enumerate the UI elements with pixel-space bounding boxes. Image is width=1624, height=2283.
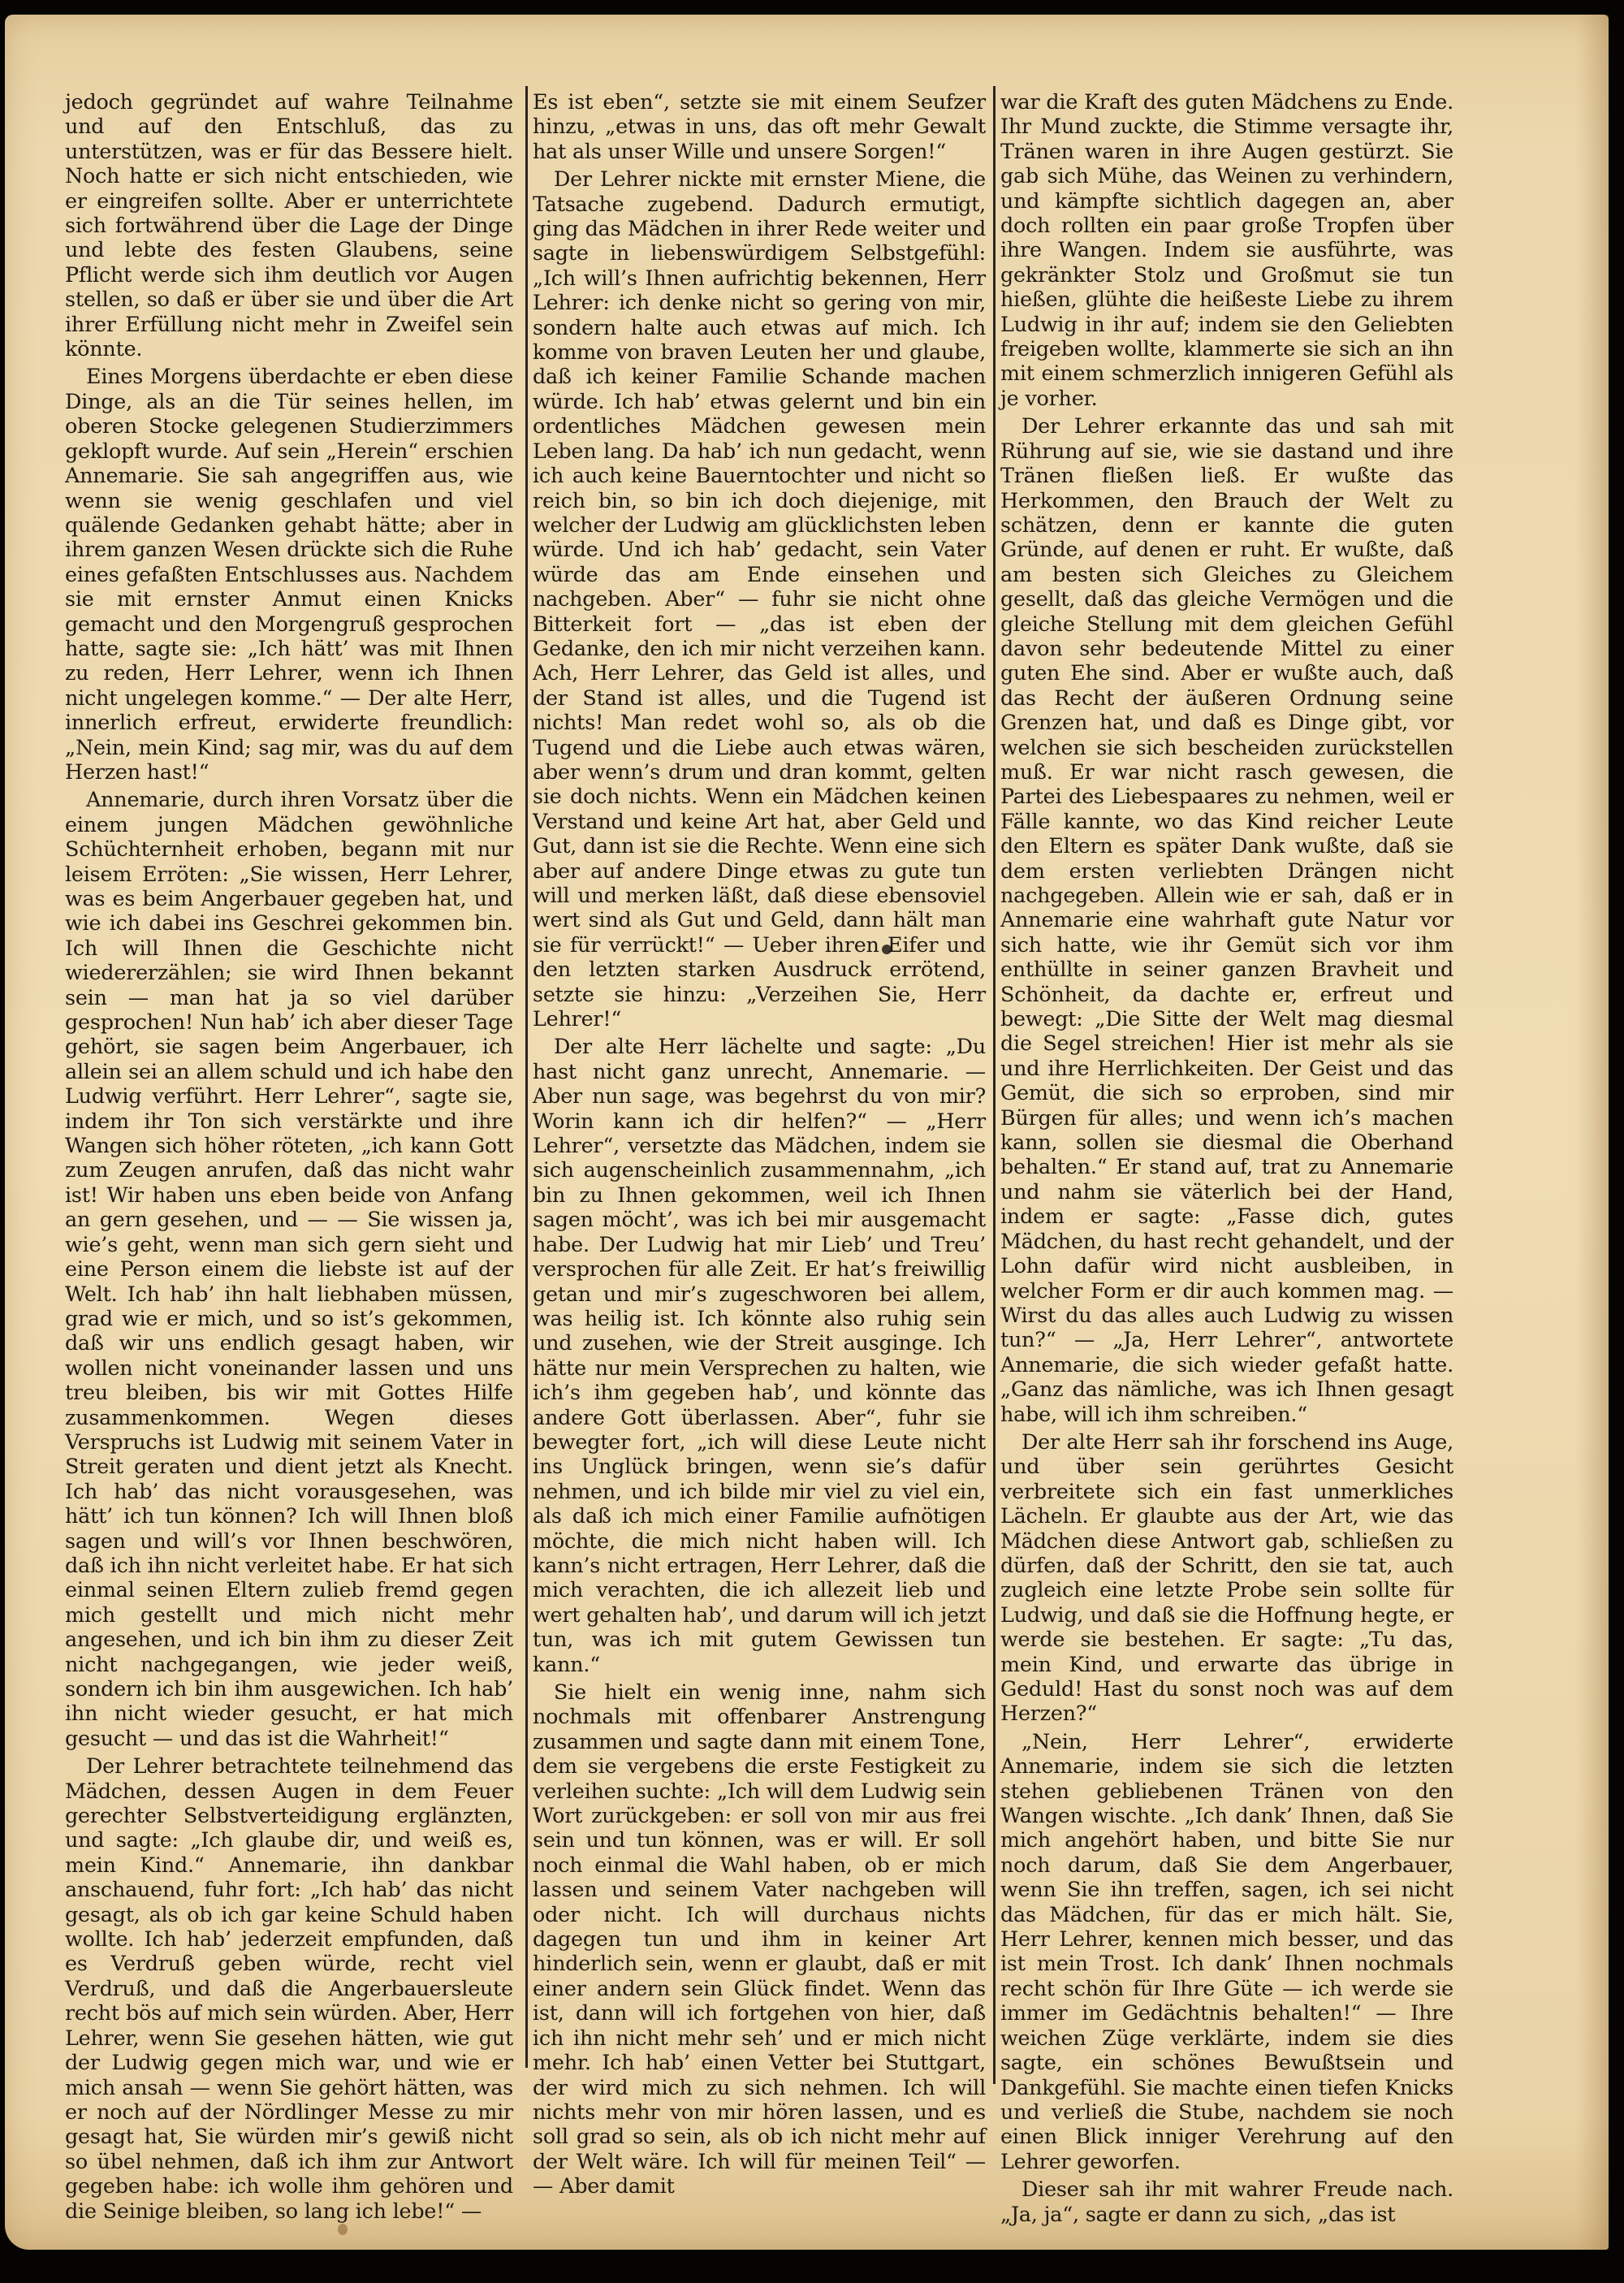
column-divider xyxy=(525,86,528,2068)
paragraph: war die Kraft des guten Mädchens zu Ende… xyxy=(1000,89,1453,410)
paragraph: „Nein, Herr Lehrer“, erwiderte Annemarie… xyxy=(1000,1729,1453,2173)
paragraph: Der alte Herr sah ihr forschend ins Auge… xyxy=(1000,1429,1453,1726)
paragraph: Eines Morgens überdachte er eben diese D… xyxy=(65,364,513,784)
paragraph: Der Lehrer betrachtete teilnehmend das M… xyxy=(65,1753,513,2223)
column-3: war die Kraft des guten Mädchens zu Ende… xyxy=(1000,89,1453,2226)
paragraph: Es ist eben“, setzte sie mit einem Seufz… xyxy=(533,89,986,163)
paragraph: jedoch gegründet auf wahre Teilnahme und… xyxy=(65,89,513,361)
column-2: Es ist eben“, setzte sie mit einem Seufz… xyxy=(533,89,986,2226)
paragraph: Sie hielt ein wenig inne, nahm sich noch… xyxy=(533,1680,986,2199)
paragraph: Der Lehrer erkannte das und sah mit Rühr… xyxy=(1000,413,1453,1426)
text-columns: jedoch gegründet auf wahre Teilnahme und… xyxy=(65,89,1453,2063)
column-1: jedoch gegründet auf wahre Teilnahme und… xyxy=(65,89,518,2226)
paragraph: Annemarie, durch ihren Vorsatz über die … xyxy=(65,787,513,1750)
paragraph: Der Lehrer nickte mit ernster Miene, die… xyxy=(533,166,986,1031)
paragraph: Der alte Herr lächelte und sagte: „Du ha… xyxy=(533,1034,986,1676)
column-divider xyxy=(993,86,996,2084)
paragraph: Dieser sah ihr mit wahrer Freude nach. „… xyxy=(1000,2177,1453,2226)
